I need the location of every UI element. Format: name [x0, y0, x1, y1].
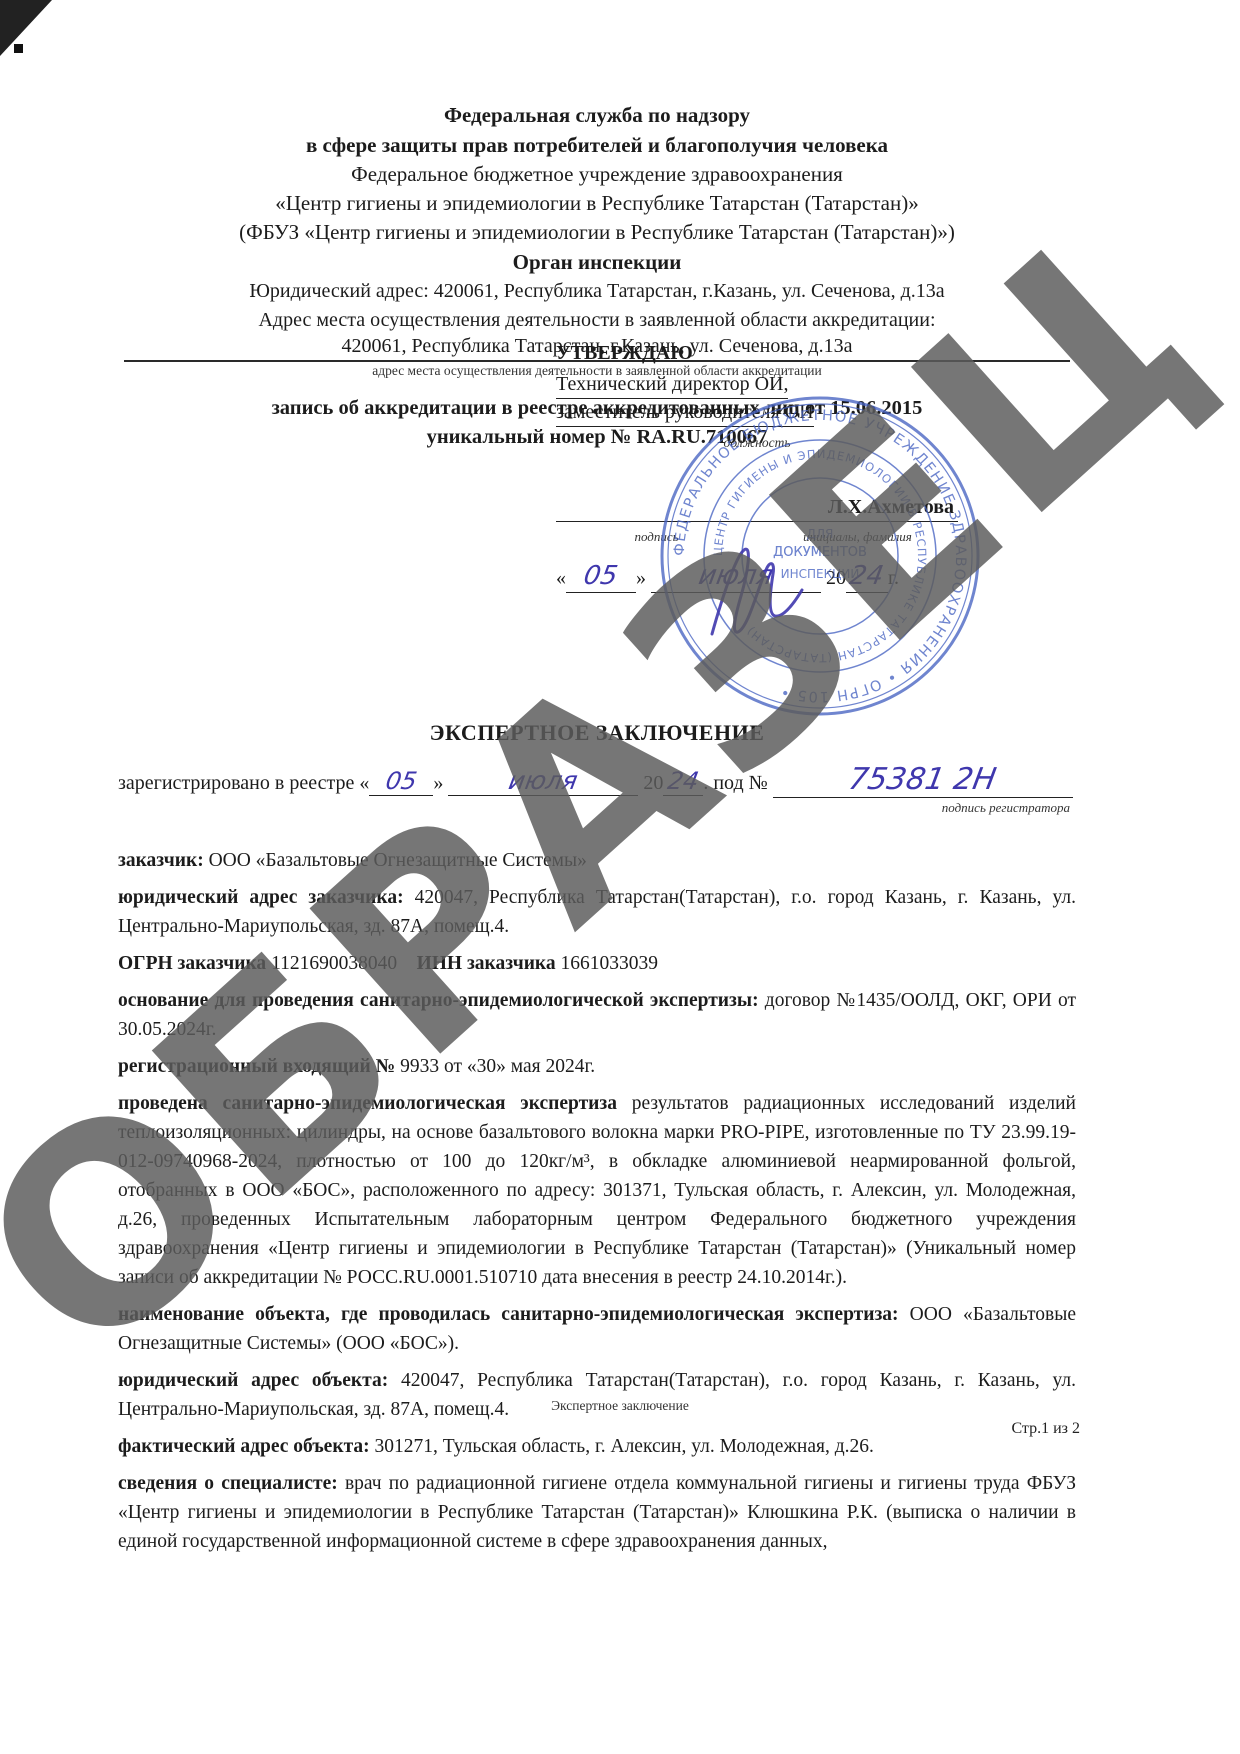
header-institution-abbrev: (ФБУЗ «Центр гигиены и эпидемиологии в Р…: [118, 218, 1076, 247]
document-page: Федеральная служба по надзору в сфере за…: [0, 0, 1240, 1754]
legal-address: Юридический адрес: 420061, Республика Та…: [118, 277, 1076, 306]
registration-year-prefix: 20: [643, 772, 663, 794]
paragraph-object-legal-address: юридический адрес объекта: 420047, Респу…: [118, 1366, 1076, 1424]
header-institution-name: «Центр гигиены и эпидемиологии в Республ…: [118, 189, 1076, 218]
paragraph-specialist-info: сведения о специалисте: врач по радиацио…: [118, 1469, 1076, 1556]
quote-close: »: [433, 772, 443, 794]
signature-stroke-icon: [678, 538, 818, 648]
footer-page-number: Стр.1 из 2: [1011, 1420, 1080, 1438]
registration-number-handwritten: 75381 2Н: [846, 762, 999, 797]
paragraph-expertise-description: проведена санитарно-эпидемиологическая э…: [118, 1089, 1076, 1292]
header-agency-line2: в сфере защиты прав потребителей и благо…: [118, 130, 1076, 160]
registration-line: зарегистрировано в реестре «05» июля 202…: [118, 762, 1076, 798]
approval-day-handwritten: 05: [582, 563, 620, 590]
header-institution-type: Федеральное бюджетное учреждение здравоо…: [118, 160, 1076, 189]
quote-open: «: [556, 567, 566, 589]
quote-close: »: [636, 567, 646, 589]
paragraph-object-name: наименование объекта, где проводилась са…: [118, 1300, 1076, 1358]
paragraph-customer: заказчик: ООО «Базальтовые Огнезащитные …: [118, 846, 1076, 875]
registration-prefix: зарегистрировано в реестре: [118, 772, 354, 794]
paragraph-basis: основание для проведения санитарно-эпиде…: [118, 986, 1076, 1044]
paragraph-customer-legal-address: юридический адрес заказчика: 420047, Рес…: [118, 883, 1076, 941]
paragraph-ogrn-inn: ОГРН заказчика 1121690038040 ИНН заказчи…: [118, 949, 1076, 978]
registrar-signature-caption: подпись регистратора: [118, 800, 1076, 816]
paragraph-object-actual-address: фактический адрес объекта: 301271, Тульс…: [118, 1432, 1076, 1461]
header-inspection-body: Орган инспекции: [118, 247, 1076, 277]
document-content: Федеральная служба по надзору в сфере за…: [118, 100, 1076, 1564]
registration-middle: . под №: [703, 772, 767, 794]
paragraph-incoming-number: регистрационный входящий № 9933 от «30» …: [118, 1052, 1076, 1081]
activity-address-label: Адрес места осуществления деятельности в…: [118, 306, 1076, 335]
registration-day-handwritten: 05: [384, 767, 419, 795]
scan-corner-artifact: [0, 0, 52, 56]
registration-year-handwritten: 24: [666, 767, 701, 795]
footer-doc-type: Экспертное заключение: [0, 1398, 1240, 1414]
quote-open: «: [359, 772, 369, 794]
registration-month-handwritten: июля: [507, 766, 580, 795]
body-paragraphs: заказчик: ООО «Базальтовые Огнезащитные …: [118, 846, 1076, 1556]
scan-dot-artifact: [14, 44, 23, 53]
approval-title: УТВЕРЖДАЮ: [556, 340, 958, 367]
header-agency-line1: Федеральная служба по надзору: [118, 100, 1076, 130]
